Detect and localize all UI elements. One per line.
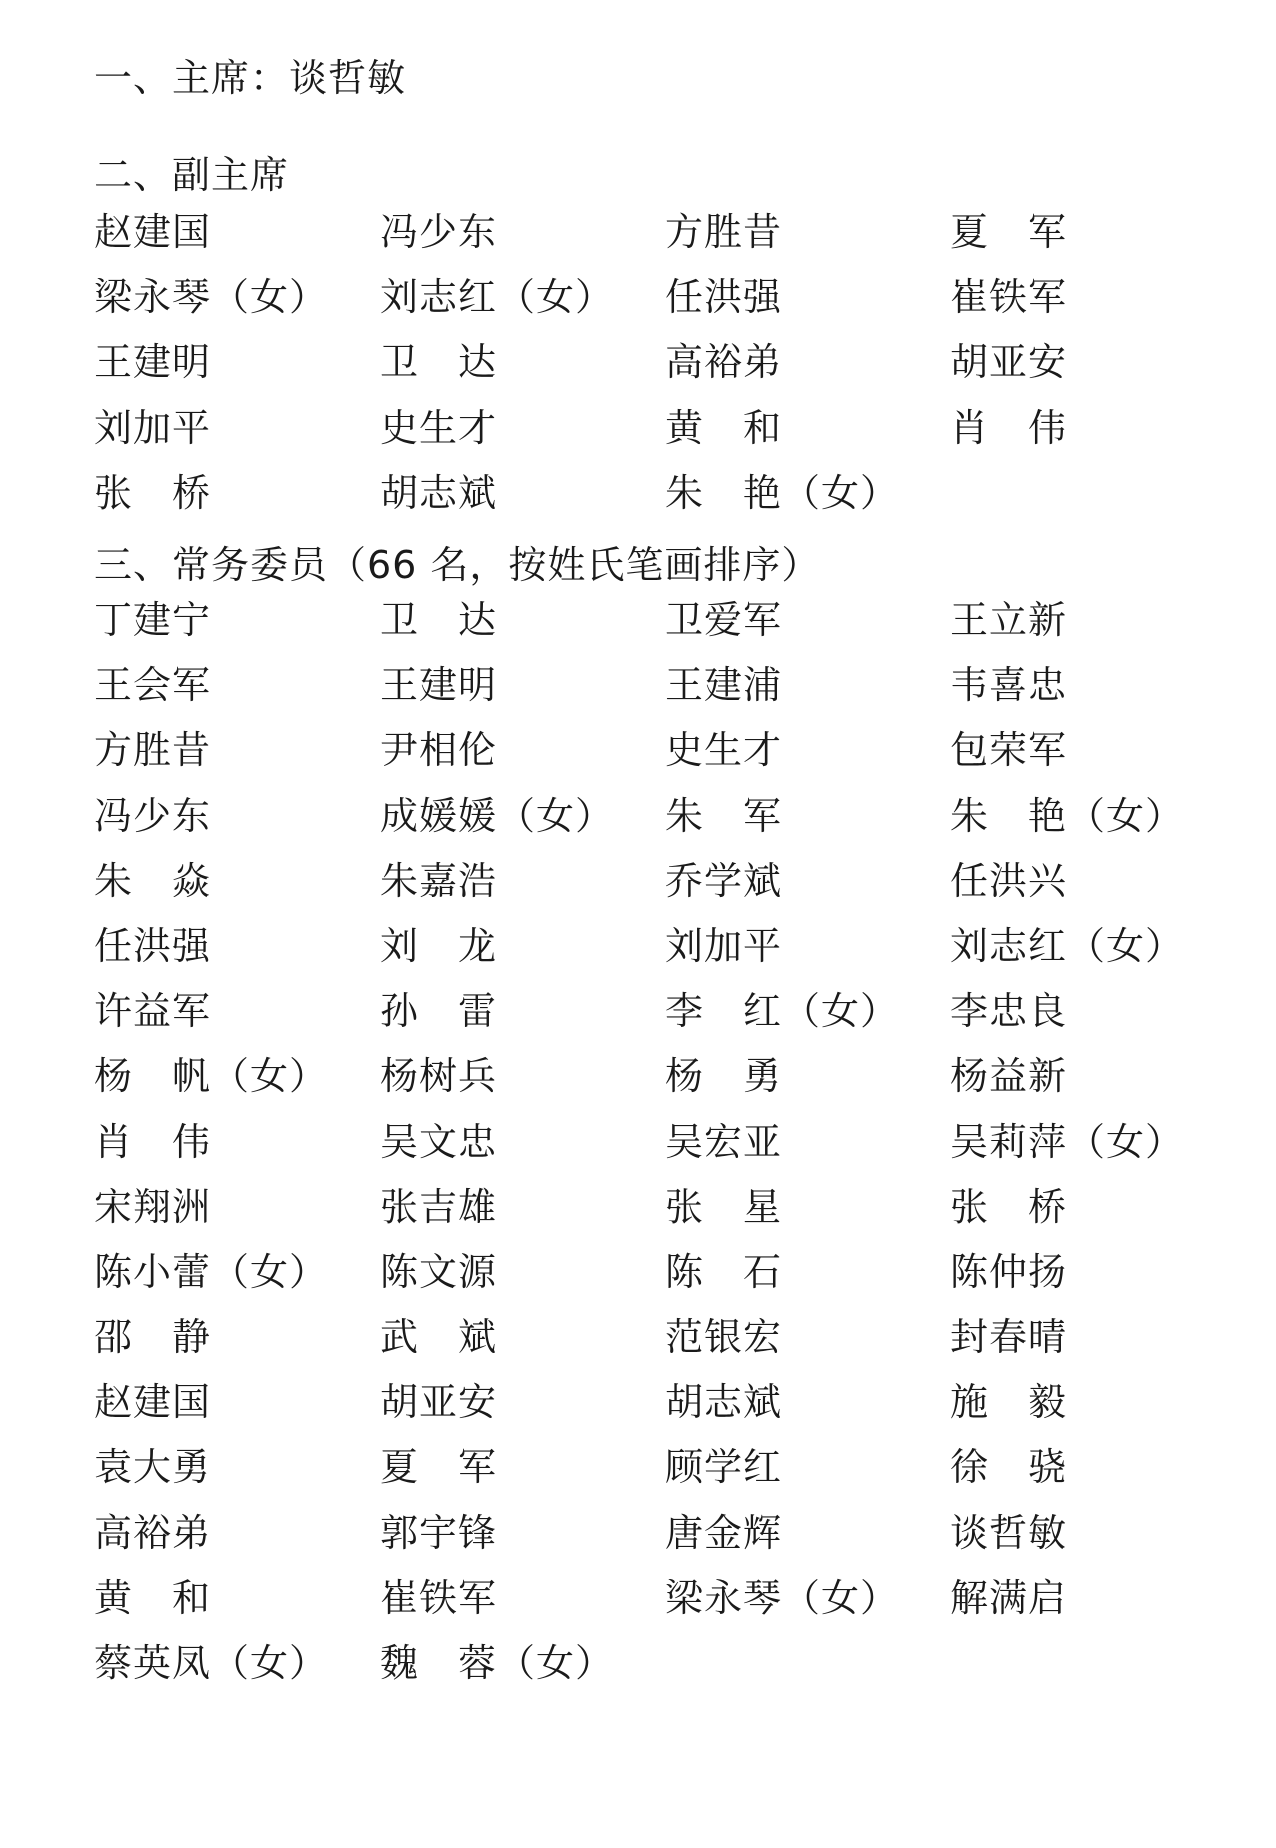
- member-name: 胡志斌: [380, 468, 497, 518]
- member-name: 冯少东: [380, 207, 497, 257]
- member-name: 张吉雄: [380, 1182, 497, 1232]
- member-name: 包荣军: [950, 725, 1067, 775]
- vice-chairmen-heading: 二、副主席: [94, 150, 289, 200]
- member-name: 高裕弟: [94, 1508, 211, 1558]
- member-name: 朱嘉浩: [380, 856, 497, 906]
- member-name: 宋翔洲: [94, 1182, 211, 1232]
- member-name: 顾学红: [665, 1442, 782, 1492]
- member-name: 胡志斌: [665, 1377, 782, 1427]
- member-name: 刘加平: [665, 921, 782, 971]
- member-name: 孙 雷: [380, 986, 497, 1036]
- member-name: 方胜昔: [94, 725, 211, 775]
- member-name: 刘 龙: [380, 921, 497, 971]
- member-name: 任洪兴: [950, 856, 1067, 906]
- member-name: 肖 伟: [94, 1117, 211, 1167]
- member-name: 杨树兵: [380, 1051, 497, 1101]
- member-name: 高裕弟: [665, 337, 782, 387]
- member-name: 解满启: [950, 1573, 1067, 1623]
- member-name: 梁永琴（女）: [665, 1573, 899, 1623]
- member-name: 史生才: [665, 725, 782, 775]
- member-name: 陈仲扬: [950, 1247, 1067, 1297]
- member-name: 王建明: [380, 660, 497, 710]
- member-name: 卫 达: [380, 337, 497, 387]
- member-name: 郭宇锋: [380, 1508, 497, 1558]
- chairman-heading: 一、主席：谈哲敏: [94, 53, 406, 103]
- member-name: 邵 静: [94, 1312, 211, 1362]
- member-name: 乔学斌: [665, 856, 782, 906]
- member-name: 张 星: [665, 1182, 782, 1232]
- member-name: 王会军: [94, 660, 211, 710]
- member-name: 杨 勇: [665, 1051, 782, 1101]
- member-name: 黄 和: [94, 1573, 211, 1623]
- member-name: 陈 石: [665, 1247, 782, 1297]
- member-name: 范银宏: [665, 1312, 782, 1362]
- member-name: 魏 蓉（女）: [380, 1638, 614, 1688]
- member-name: 肖 伟: [950, 403, 1067, 453]
- member-name: 武 斌: [380, 1312, 497, 1362]
- member-name: 张 桥: [950, 1182, 1067, 1232]
- member-name: 赵建国: [94, 1377, 211, 1427]
- member-name: 冯少东: [94, 791, 211, 841]
- member-name: 崔铁军: [380, 1573, 497, 1623]
- member-name: 王立新: [950, 595, 1067, 645]
- member-name: 吴宏亚: [665, 1117, 782, 1167]
- member-name: 杨益新: [950, 1051, 1067, 1101]
- member-name: 史生才: [380, 403, 497, 453]
- member-name: 刘志红（女）: [380, 272, 614, 322]
- member-name: 崔铁军: [950, 272, 1067, 322]
- member-name: 朱 艳（女）: [665, 468, 899, 518]
- member-name: 朱 艳（女）: [950, 791, 1184, 841]
- member-name: 陈文源: [380, 1247, 497, 1297]
- member-name: 任洪强: [665, 272, 782, 322]
- member-name: 封春晴: [950, 1312, 1067, 1362]
- member-name: 唐金辉: [665, 1508, 782, 1558]
- member-name: 刘加平: [94, 403, 211, 453]
- member-name: 丁建宁: [94, 595, 211, 645]
- standing-members-heading: 三、常务委员（66 名，按姓氏笔画排序）: [94, 540, 820, 590]
- member-name: 袁大勇: [94, 1442, 211, 1492]
- member-name: 韦喜忠: [950, 660, 1067, 710]
- member-name: 吴文忠: [380, 1117, 497, 1167]
- member-name: 夏 军: [380, 1442, 497, 1492]
- member-name: 张 桥: [94, 468, 211, 518]
- member-name: 许益军: [94, 986, 211, 1036]
- member-name: 梁永琴（女）: [94, 272, 328, 322]
- member-name: 任洪强: [94, 921, 211, 971]
- member-name: 吴莉萍（女）: [950, 1117, 1184, 1167]
- member-name: 黄 和: [665, 403, 782, 453]
- member-name: 卫 达: [380, 595, 497, 645]
- member-name: 方胜昔: [665, 207, 782, 257]
- member-name: 卫爱军: [665, 595, 782, 645]
- member-name: 朱 焱: [94, 856, 211, 906]
- member-name: 徐 骁: [950, 1442, 1067, 1492]
- member-name: 胡亚安: [950, 337, 1067, 387]
- member-name: 胡亚安: [380, 1377, 497, 1427]
- member-name: 李忠良: [950, 986, 1067, 1036]
- member-name: 成媛媛（女）: [380, 791, 614, 841]
- member-name: 杨 帆（女）: [94, 1051, 328, 1101]
- member-name: 王建明: [94, 337, 211, 387]
- member-name: 谈哲敏: [950, 1508, 1067, 1558]
- member-name: 朱 军: [665, 791, 782, 841]
- member-name: 夏 军: [950, 207, 1067, 257]
- member-name: 尹相伦: [380, 725, 497, 775]
- member-name: 刘志红（女）: [950, 921, 1184, 971]
- member-name: 王建浦: [665, 660, 782, 710]
- member-name: 陈小蕾（女）: [94, 1247, 328, 1297]
- member-name: 蔡英凤（女）: [94, 1638, 328, 1688]
- member-name: 施 毅: [950, 1377, 1067, 1427]
- member-name: 李 红（女）: [665, 986, 899, 1036]
- member-name: 赵建国: [94, 207, 211, 257]
